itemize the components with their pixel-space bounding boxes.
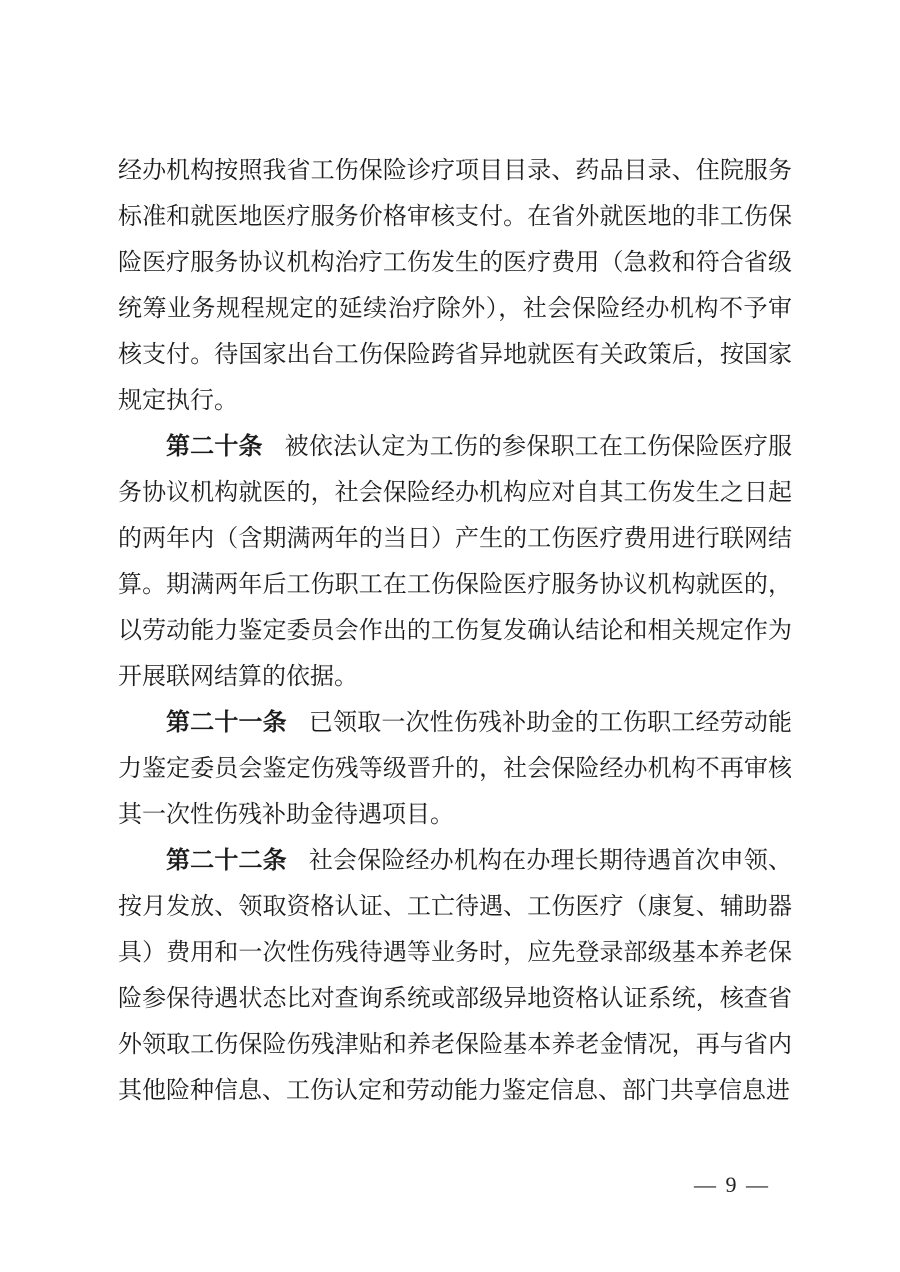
paragraph-text: 经办机构按照我省工伤保险诊疗项目目录、药品目录、住院服务标准和就医地医疗服务价格…	[118, 158, 792, 414]
article-22-paragraph: 第二十二条社会保险经办机构在办理长期待遇首次申领、按月发放、领取资格认证、工亡待…	[118, 838, 792, 1114]
document-page: 经办机构按照我省工伤保险诊疗项目目录、药品目录、住院服务标准和就医地医疗服务价格…	[0, 0, 900, 1272]
paragraph-continuation: 经办机构按照我省工伤保险诊疗项目目录、药品目录、住院服务标准和就医地医疗服务价格…	[118, 148, 792, 424]
article-21-paragraph: 第二十一条已领取一次性伤残补助金的工伤职工经劳动能力鉴定委员会鉴定伤残等级晋升的…	[118, 700, 792, 838]
article-21-heading: 第二十一条	[166, 709, 287, 736]
paragraph-text: 社会保险经办机构在办理长期待遇首次申领、按月发放、领取资格认证、工亡待遇、工伤医…	[118, 848, 792, 1104]
article-20-heading: 第二十条	[166, 433, 263, 460]
paragraph-text: 被依法认定为工伤的参保职工在工伤保险医疗服务协议机构就医的，社会保险经办机构应对…	[118, 434, 792, 690]
page-number: — 9 —	[694, 1172, 770, 1198]
article-20-paragraph: 第二十条被依法认定为工伤的参保职工在工伤保险医疗服务协议机构就医的，社会保险经办…	[118, 424, 792, 700]
document-body: 经办机构按照我省工伤保险诊疗项目目录、药品目录、住院服务标准和就医地医疗服务价格…	[118, 148, 792, 1114]
article-22-heading: 第二十二条	[166, 847, 287, 874]
